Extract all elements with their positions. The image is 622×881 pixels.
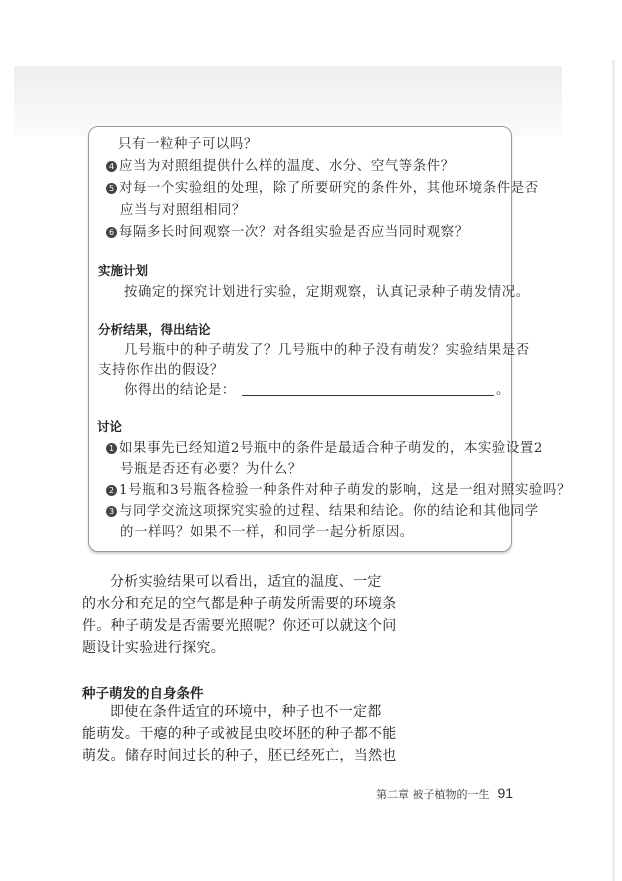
question-5-cont: 应当与对照组相同？ [120,202,246,220]
circled-number: 6 [106,227,117,238]
analysis-line2: 支持你作出的假设？ [98,362,224,380]
discussion-1: 1如果事先已经知道2号瓶中的条件是最适合种子萌发的，本实验设置2 [106,440,543,458]
question-6: 6每隔多长时间观察一次？对各组实验是否应当同时观察？ [106,224,469,242]
circled-number: 4 [106,161,117,172]
question-5: 5对每一个实验组的处理，除了所要研究的条件外，其他环境条件是否 [106,180,539,198]
page-number: 91 [498,785,514,801]
question-4: 4应当为对照组提供什么样的温度、水分、空气等条件？ [106,158,455,176]
page-footer: 第二章 被子植物的一生91 [376,785,513,802]
analysis-line1: 几号瓶中的种子萌发了？几号瓶中的种子没有萌发？实验结果是否 [124,342,530,360]
conclusion-prompt: 你得出的结论是：。 [124,382,510,400]
paragraph1-line4: 题设计实验进行探究。 [82,638,225,660]
section-heading-discussion: 讨论 [97,419,122,435]
chapter-title: 第二章 被子植物的一生 [376,788,490,801]
section-heading-seed-conditions: 种子萌发的自身条件 [82,682,204,702]
paragraph2-line1: 即使在条件适宜的环境中，种子也不一定都 [110,702,382,724]
paragraph1-line3: 件。种子萌发是否需要光照呢？你还可以就这个问 [82,616,397,638]
section-heading-implement: 实施计划 [98,263,148,279]
paragraph2-line2: 能萌发。干瘪的种子或被昆虫咬坏胚的种子都不能 [82,724,397,746]
discussion-3: 3与同学交流这项探究实验的过程、结果和结论。你的结论和其他同学 [106,503,539,521]
paragraph1-line1: 分析实验结果可以看出，适宜的温度、一定 [110,572,382,594]
circled-number: 3 [106,506,117,517]
discussion-3-cont: 的一样吗？如果不一样，和同学一起分析原因。 [120,524,414,542]
discussion-2: 21号瓶和3号瓶各检验一种条件对种子萌发的影响，这是一组对照实验吗？ [106,482,571,500]
circled-number: 5 [106,183,117,194]
question-continuation: 只有一粒种子可以吗？ [118,136,258,154]
implement-text: 按确定的探究计划进行实验，定期观察，认真记录种子萌发情况。 [124,284,530,302]
conclusion-blank [242,383,494,396]
paragraph2-line3: 萌发。储存时间过长的种子，胚已经死亡，当然也 [82,746,397,768]
scan-edge [612,60,615,881]
section-heading-analysis: 分析结果，得出结论 [98,322,211,338]
circled-number: 1 [106,443,117,454]
paragraph1-line2: 的水分和充足的空气都是种子萌发所需要的环境条 [82,594,397,616]
circled-number: 2 [106,485,117,496]
discussion-1-cont: 号瓶是否还有必要？为什么？ [120,461,302,479]
